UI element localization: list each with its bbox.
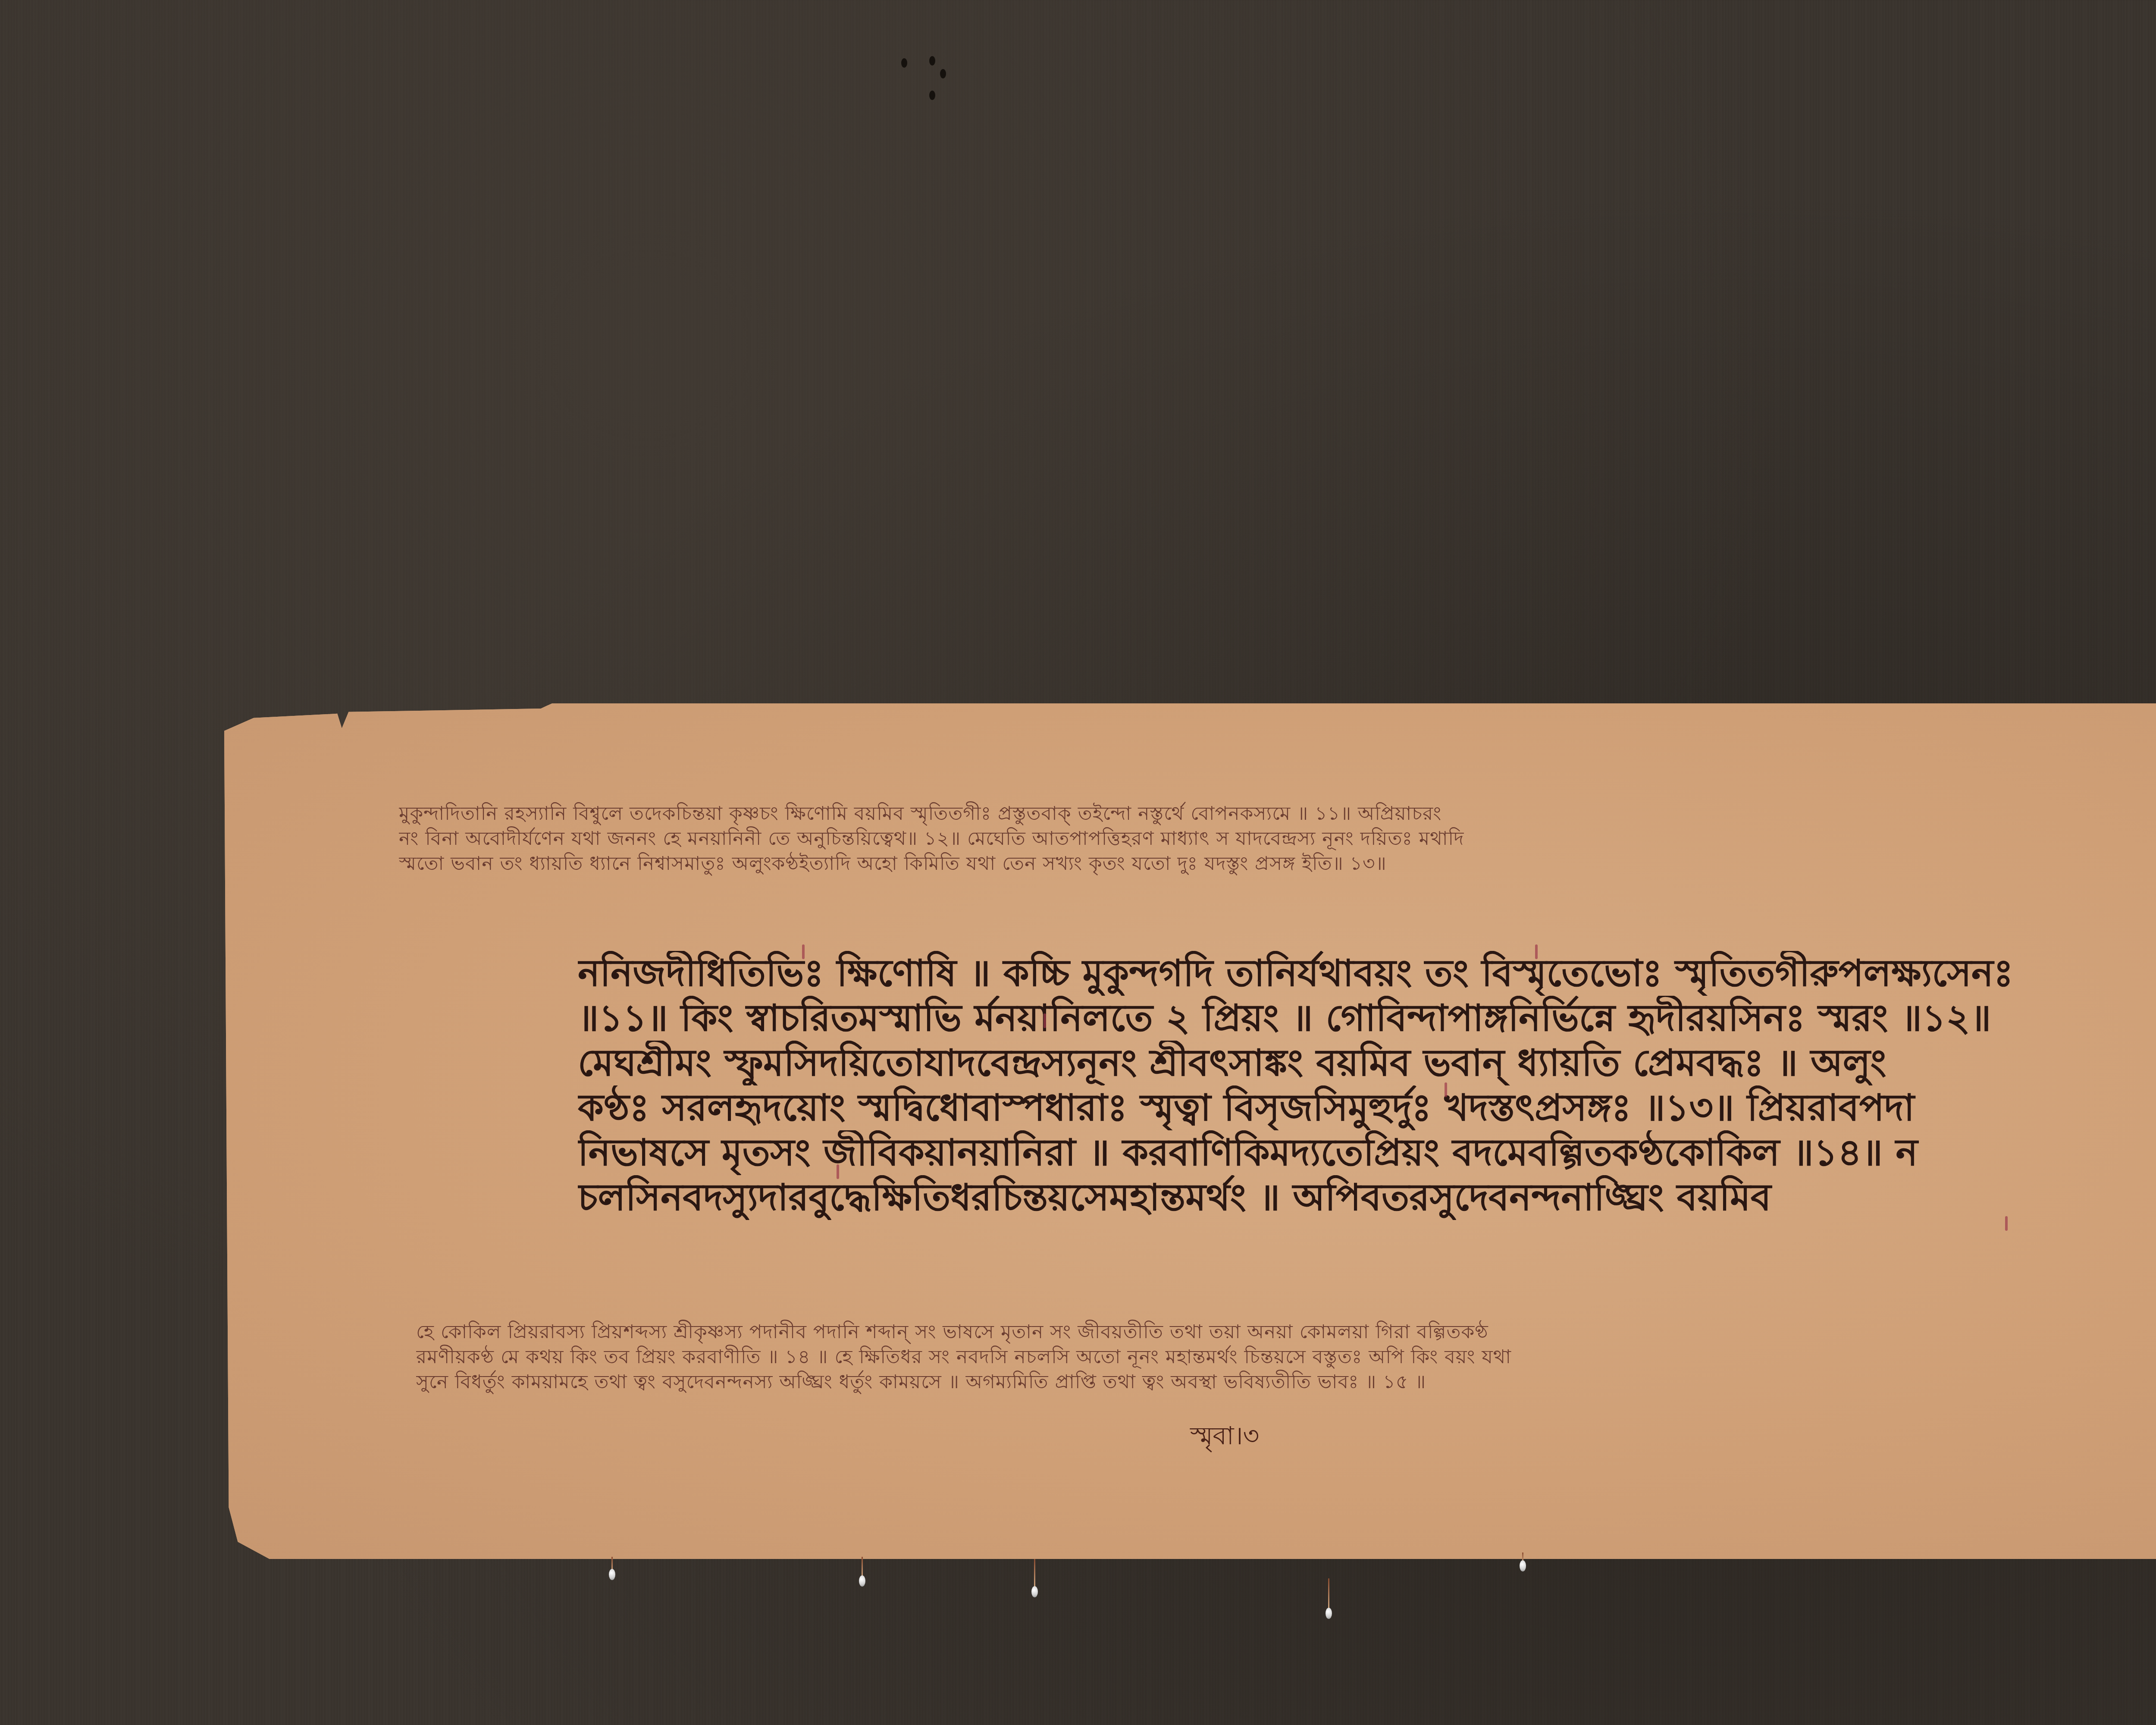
pin [862, 1557, 863, 1581]
verse-line: ॥১১॥ কিং স্বাচরিতমস্মাভি র্মনয়ানিলতে ২ … [578, 996, 2156, 1041]
commentary-line: হে কোকিল প্রিয়রাবস্য প্রিয়শব্দস্য শ্রী… [416, 1320, 2156, 1345]
top-commentary: মুকুন্দাদিতানি রহস্যানি বিশ্বুলে তদেকচিন… [399, 801, 2156, 876]
bottom-signature: স্মৃবা।৩ [1190, 1417, 1259, 1458]
main-verse-text: ননিজদীধিতিভিঃ ক্ষিণোষি ॥ কচ্চি মুকুন্দগদ… [578, 951, 2156, 1220]
commentary-line: নং বিনা অবোদীর্যণেন যথা জননং হে মনয়ানিন… [399, 826, 2156, 851]
verse-line: নিভাষসে মৃতসং জীবিকয়ানয়ানিরা ॥ করবাণিক… [578, 1130, 2156, 1175]
commentary-line: মুকুন্দাদিতানি রহস্যানি বিশ্বুলে তদেকচিন… [399, 801, 2156, 826]
verse-line: কণ্ঠঃ সরলহৃদয়োং স্মদ্বিধোবাস্পধারাঃ স্ম… [578, 1085, 2156, 1130]
board-pin-hole [929, 91, 935, 100]
commentary-line: রমণীয়কণ্ঠ মে কথয় কিং তব প্রিয়ং করবাণী… [416, 1345, 2156, 1370]
correction-mark [1445, 1082, 1447, 1097]
pin [1034, 1559, 1035, 1591]
commentary-line: স্মতো ভবান তং ধ্যায়তি ধ্যানে নিশ্বাসমাত… [399, 851, 2156, 876]
bottom-commentary: হে কোকিল প্রিয়রাবস্য প্রিয়শব্দস্য শ্রী… [416, 1320, 2156, 1395]
correction-mark [1535, 944, 1538, 959]
pin [611, 1557, 613, 1574]
verse-line: চলসিনবদস্যুদারবুদ্ধেক্ষিতিধরচিন্তয়সেমহা… [578, 1175, 2156, 1220]
pin [1522, 1552, 1523, 1565]
correction-mark [2005, 1216, 2008, 1231]
verse-line: ননিজদীধিতিভিঃ ক্ষিণোষি ॥ কচ্চি মুকুন্দগদ… [578, 951, 2156, 996]
correction-mark [837, 1164, 839, 1179]
pin [1328, 1578, 1329, 1613]
board-pin-hole [940, 69, 946, 78]
board-pin-hole [929, 56, 935, 66]
board-pin-hole [901, 58, 907, 68]
correction-mark [802, 944, 805, 959]
verse-line: মেঘশ্রীমং স্ফুমসিদয়িতোযাদবেন্দ্রস্যনূনং… [578, 1041, 2156, 1085]
correction-mark [1044, 1013, 1046, 1028]
commentary-line: সুনে বিধর্তুং কাময়ামহে তথা ত্বং বসুদেবন… [416, 1370, 2156, 1395]
